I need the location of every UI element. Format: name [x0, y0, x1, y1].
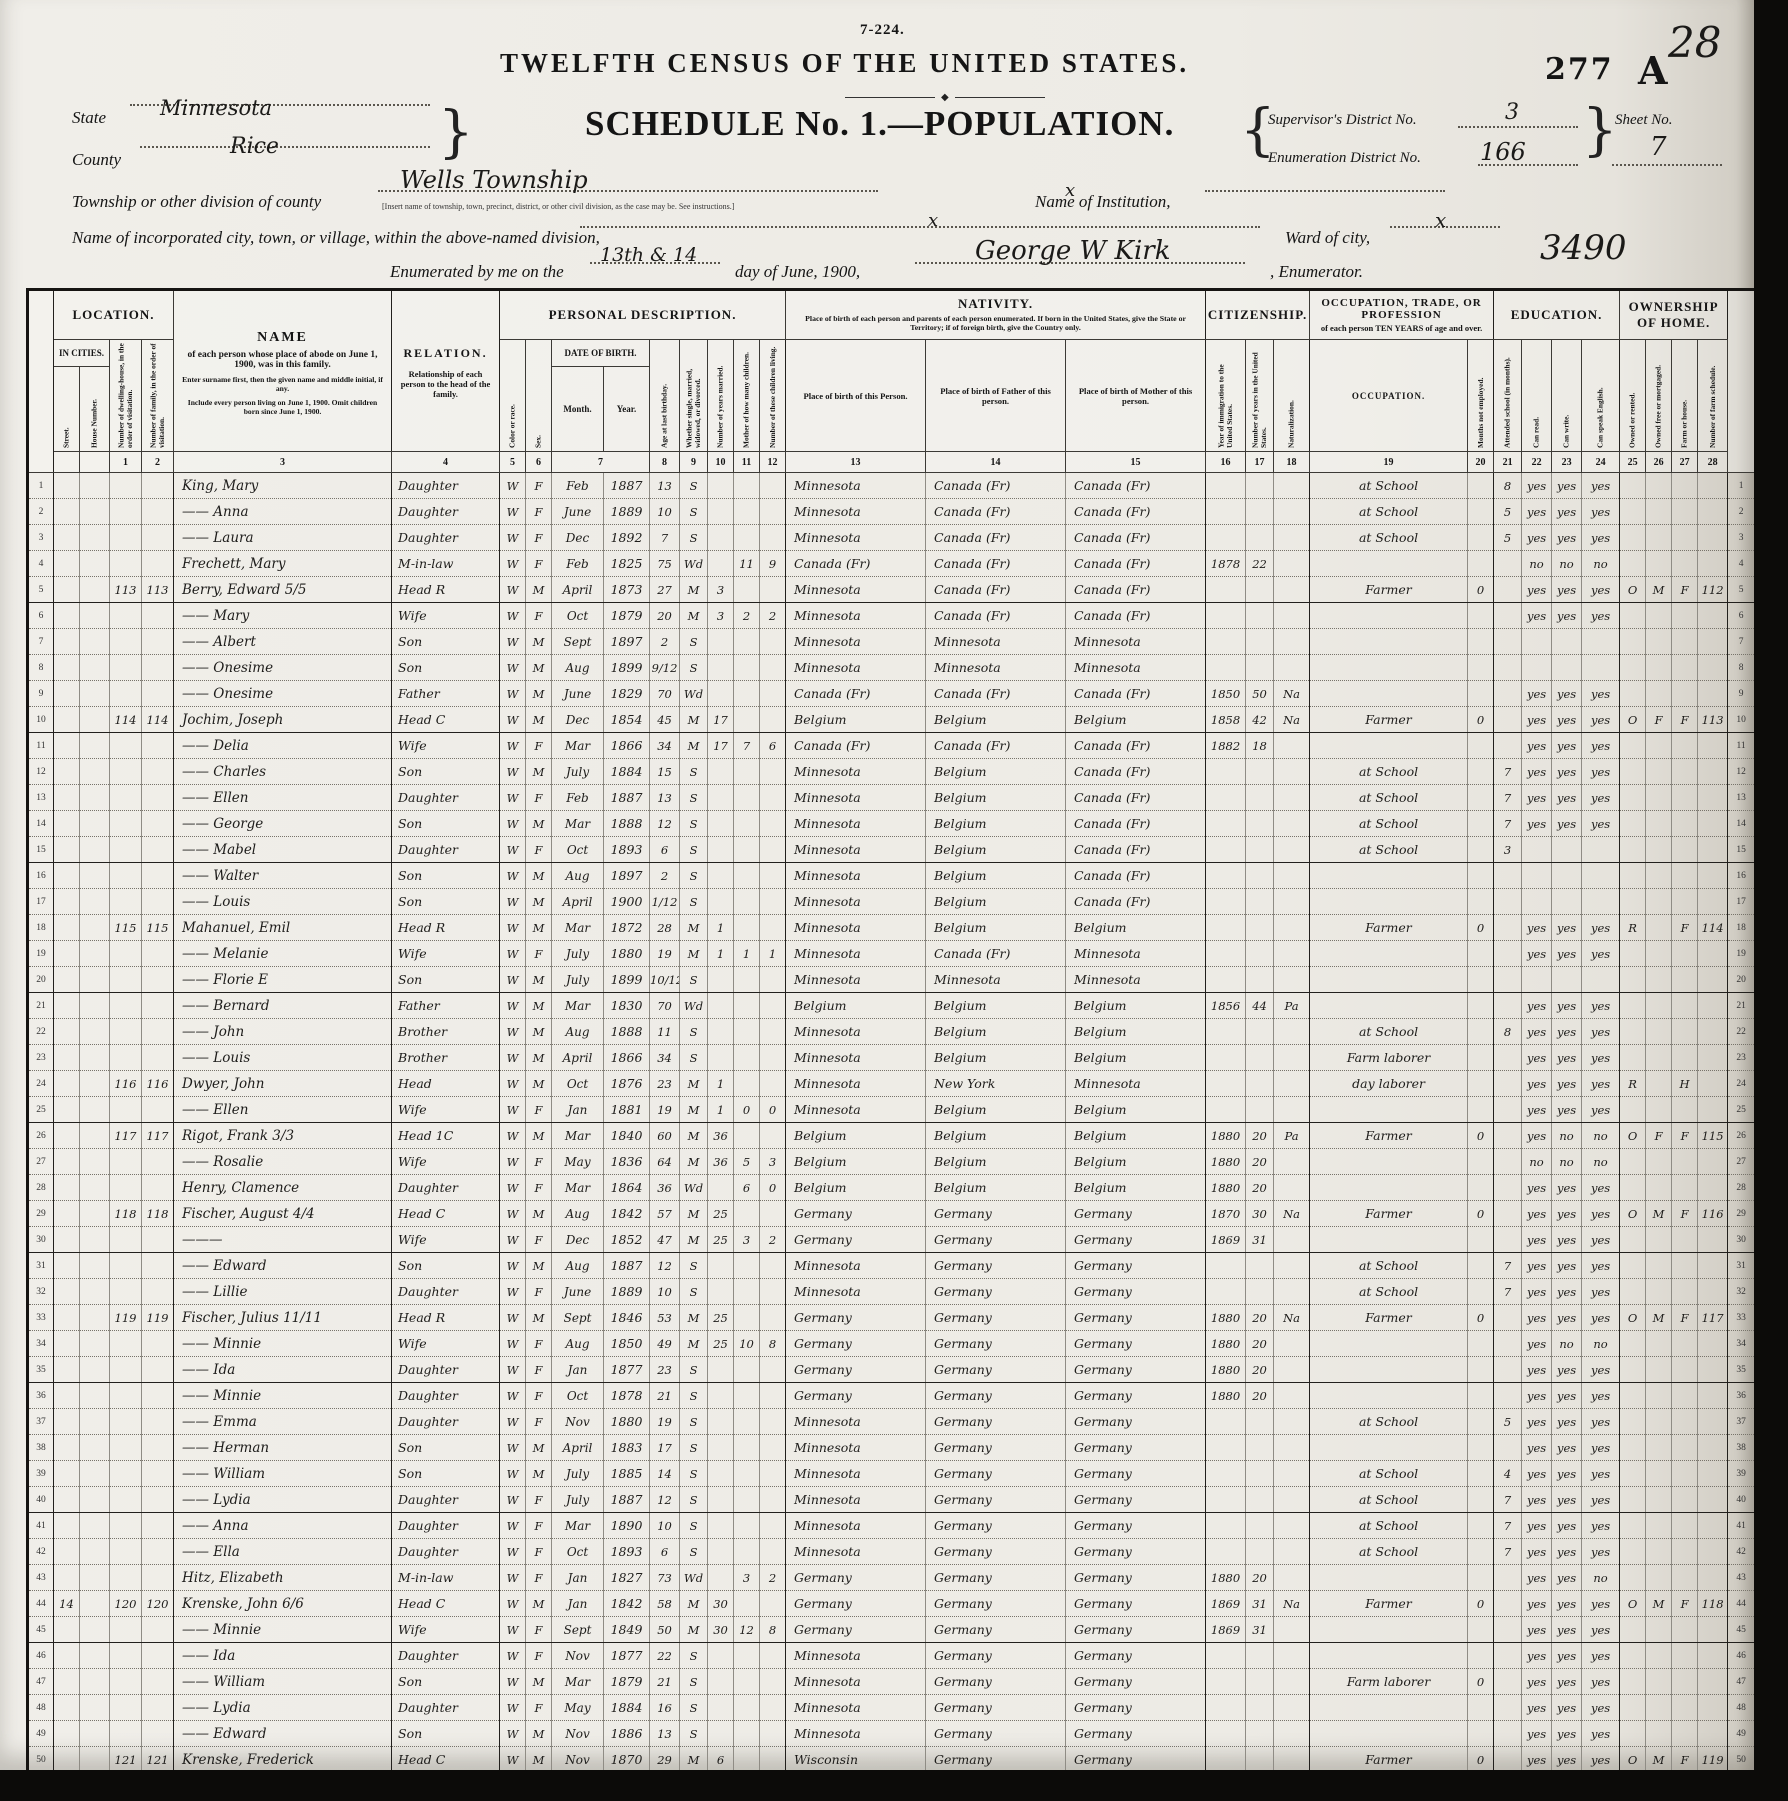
cell-sex: M	[526, 967, 552, 993]
cell-farm-house	[1672, 1643, 1698, 1669]
cell-birth-month: Oct	[552, 1383, 604, 1409]
column-number: 2	[142, 452, 174, 473]
cell-children-living	[760, 681, 786, 707]
cell-house-number	[80, 1253, 110, 1279]
cell-can-write: yes	[1552, 1409, 1582, 1435]
cell-can-speak-english	[1582, 655, 1620, 681]
cell-children-living: 0	[760, 1097, 786, 1123]
cell-dwelling-number	[110, 1435, 142, 1461]
line-number: 6	[1728, 603, 1756, 629]
cell-birthplace: Germany	[786, 1565, 926, 1591]
cell-birth-month: June	[552, 499, 604, 525]
cell-birthplace: Belgium	[786, 1149, 926, 1175]
cell-birth-month: Aug	[552, 1253, 604, 1279]
cell-family-number: 116	[142, 1071, 174, 1097]
cell-children-living	[760, 1409, 786, 1435]
cell-years-in-us: 30	[1246, 1201, 1274, 1227]
cell-street	[54, 1617, 80, 1643]
table-row: 15—— MabelDaughterWFOct18936SMinnesotaBe…	[28, 837, 1756, 863]
cell-birthplace: Germany	[786, 1331, 926, 1357]
cell-birth-year: 1887	[604, 473, 650, 499]
cell-months-not-employed	[1468, 1409, 1494, 1435]
cell-relation: Son	[392, 655, 500, 681]
table-row: 20—— Florie ESonWMJuly189910/12SMinnesot…	[28, 967, 1756, 993]
cell-relation: Head 1C	[392, 1123, 500, 1149]
line-number: 44	[1728, 1591, 1756, 1617]
cell-mother-birthplace: Belgium	[1066, 993, 1206, 1019]
cell-mother-birthplace: Canada (Fr)	[1066, 577, 1206, 603]
cell-name: —— John	[174, 1019, 392, 1045]
column-number: 19	[1310, 452, 1468, 473]
cell-mother-birthplace: Belgium	[1066, 1045, 1206, 1071]
cell-years-in-us: 20	[1246, 1357, 1274, 1383]
cell-mother-of-children	[734, 1045, 760, 1071]
cell-occupation	[1310, 733, 1468, 759]
line-number: 9	[1728, 681, 1756, 707]
cell-birth-month: Sept	[552, 1305, 604, 1331]
cell-name: —— Herman	[174, 1435, 392, 1461]
cell-farm-schedule	[1698, 1721, 1728, 1747]
cell-occupation	[1310, 629, 1468, 655]
cell-street	[54, 655, 80, 681]
cell-owned-rented	[1620, 1643, 1646, 1669]
cell-birth-year: 1873	[604, 577, 650, 603]
cell-farm-house	[1672, 629, 1698, 655]
cell-months-not-employed	[1468, 1513, 1494, 1539]
cell-mother-birthplace: Minnesota	[1066, 655, 1206, 681]
cell-owned-rented	[1620, 1435, 1646, 1461]
cell-farm-schedule	[1698, 525, 1728, 551]
cell-name: —— Minnie	[174, 1617, 392, 1643]
cell-occupation: Farmer	[1310, 707, 1468, 733]
cell-children-living	[760, 1071, 786, 1097]
cell-owned-rented	[1620, 941, 1646, 967]
cell-can-speak-english: yes	[1582, 1513, 1620, 1539]
cell-children-living	[760, 863, 786, 889]
cell-street	[54, 837, 80, 863]
cell-farm-schedule	[1698, 1149, 1728, 1175]
cell-school-months: 8	[1494, 1019, 1522, 1045]
cell-immigration-year: 1870	[1206, 1201, 1246, 1227]
cell-relation: Wife	[392, 1331, 500, 1357]
cell-birth-month: Dec	[552, 525, 604, 551]
cell-occupation	[1310, 1695, 1468, 1721]
cell-free-mortgaged	[1646, 889, 1672, 915]
cell-birth-month: Sept	[552, 1617, 604, 1643]
cell-years-in-us: 22	[1246, 551, 1274, 577]
cell-color-race: W	[500, 967, 526, 993]
cell-house-number	[80, 655, 110, 681]
cell-children-living	[760, 759, 786, 785]
cell-dwelling-number	[110, 603, 142, 629]
cell-immigration-year: 1869	[1206, 1591, 1246, 1617]
cell-owned-rented: R	[1620, 915, 1646, 941]
cell-age: 11	[650, 1019, 680, 1045]
cell-owned-rented	[1620, 1695, 1646, 1721]
cell-relation: Head R	[392, 1305, 500, 1331]
line-number: 17	[28, 889, 54, 915]
handwritten-corner-note: 28	[1668, 18, 1721, 67]
cell-naturalization	[1274, 1383, 1310, 1409]
cell-birth-year: 1877	[604, 1357, 650, 1383]
cell-birthplace: Germany	[786, 1617, 926, 1643]
cell-months-not-employed: 0	[1468, 915, 1494, 941]
cell-farm-house	[1672, 1409, 1698, 1435]
cell-dwelling-number	[110, 551, 142, 577]
cell-occupation	[1310, 603, 1468, 629]
cell-house-number	[80, 889, 110, 915]
cell-naturalization	[1274, 1227, 1310, 1253]
cell-school-months: 7	[1494, 1539, 1522, 1565]
cell-sex: F	[526, 733, 552, 759]
cell-family-number	[142, 1331, 174, 1357]
cell-years-married	[708, 889, 734, 915]
cell-can-speak-english: yes	[1582, 915, 1620, 941]
cell-can-read: yes	[1522, 759, 1552, 785]
cell-birth-month: Oct	[552, 603, 604, 629]
cell-age: 7	[650, 525, 680, 551]
township-label: Township or other division of county	[72, 192, 321, 212]
cell-birth-month: June	[552, 1279, 604, 1305]
cell-farm-house	[1672, 1617, 1698, 1643]
cell-children-living: 9	[760, 551, 786, 577]
cell-free-mortgaged	[1646, 1669, 1672, 1695]
cell-months-not-employed	[1468, 1539, 1494, 1565]
cell-school-months: 7	[1494, 1279, 1522, 1305]
cell-sex: F	[526, 1175, 552, 1201]
cell-owned-rented	[1620, 1565, 1646, 1591]
cell-age: 12	[650, 1487, 680, 1513]
cell-months-not-employed	[1468, 889, 1494, 915]
birthplace-father-header: Place of birth of Father of this person.	[926, 340, 1066, 452]
cell-children-living	[760, 1591, 786, 1617]
cell-school-months	[1494, 603, 1522, 629]
cell-birthplace: Canada (Fr)	[786, 733, 926, 759]
cell-name: —— Edward	[174, 1253, 392, 1279]
cell-immigration-year	[1206, 785, 1246, 811]
cell-family-number: 115	[142, 915, 174, 941]
line-number: 49	[1728, 1721, 1756, 1747]
owned-rented-header: Owned or rented.	[1620, 340, 1646, 452]
cell-farm-schedule	[1698, 655, 1728, 681]
cell-school-months: 7	[1494, 811, 1522, 837]
cell-name: —— Anna	[174, 1513, 392, 1539]
cell-farm-house	[1672, 785, 1698, 811]
cell-immigration-year	[1206, 603, 1246, 629]
cell-name: —— Mabel	[174, 837, 392, 863]
cell-free-mortgaged: F	[1646, 707, 1672, 733]
cell-years-in-us	[1246, 889, 1274, 915]
cell-can-read: no	[1522, 1149, 1552, 1175]
cell-color-race: W	[500, 1383, 526, 1409]
in-cities-header: IN CITIES.	[54, 340, 110, 367]
cell-mother-birthplace: Germany	[1066, 1331, 1206, 1357]
cell-birth-month: July	[552, 967, 604, 993]
cell-name: —— Lydia	[174, 1487, 392, 1513]
line-number: 41	[1728, 1513, 1756, 1539]
cell-months-not-employed	[1468, 967, 1494, 993]
cell-years-married: 25	[708, 1305, 734, 1331]
cell-family-number	[142, 1435, 174, 1461]
cell-relation: Son	[392, 889, 500, 915]
supervisor-district-value: 3	[1505, 100, 1519, 125]
cell-relation: Son	[392, 811, 500, 837]
line-number: 37	[1728, 1409, 1756, 1435]
cell-free-mortgaged	[1646, 1435, 1672, 1461]
line-number: 19	[28, 941, 54, 967]
birthplace-person-header: Place of birth of this Person.	[786, 340, 926, 452]
column-number: 5	[500, 452, 526, 473]
cell-years-in-us	[1246, 603, 1274, 629]
cell-owned-rented	[1620, 1539, 1646, 1565]
cell-can-read: yes	[1522, 1123, 1552, 1149]
cell-birth-year: 1879	[604, 1669, 650, 1695]
cell-years-married	[708, 1357, 734, 1383]
cell-sex: M	[526, 863, 552, 889]
cell-can-write: yes	[1552, 473, 1582, 499]
cell-birthplace: Germany	[786, 1591, 926, 1617]
cell-marital-status: S	[680, 1357, 708, 1383]
dwelling-number-header: Number of dwelling-house, in the order o…	[110, 340, 142, 452]
cell-owned-rented	[1620, 785, 1646, 811]
cell-relation: Wife	[392, 1227, 500, 1253]
cell-children-living	[760, 1305, 786, 1331]
cell-school-months	[1494, 1071, 1522, 1097]
cell-sex: F	[526, 1409, 552, 1435]
cell-relation: Daughter	[392, 473, 500, 499]
cell-years-in-us	[1246, 811, 1274, 837]
cell-school-months: 7	[1494, 1513, 1522, 1539]
cell-color-race: W	[500, 1201, 526, 1227]
cell-mother-of-children	[734, 1409, 760, 1435]
cell-school-months	[1494, 681, 1522, 707]
cell-street	[54, 603, 80, 629]
line-number: 32	[28, 1279, 54, 1305]
cell-street	[54, 785, 80, 811]
cell-color-race: W	[500, 1019, 526, 1045]
cell-color-race: W	[500, 863, 526, 889]
cell-house-number	[80, 837, 110, 863]
cell-free-mortgaged	[1646, 863, 1672, 889]
cell-father-birthplace: Germany	[926, 1669, 1066, 1695]
family-number-header: Number of family, in the order of visita…	[142, 340, 174, 452]
cell-sex: M	[526, 1461, 552, 1487]
cell-can-write: no	[1552, 551, 1582, 577]
cell-father-birthplace: Canada (Fr)	[926, 733, 1066, 759]
cell-birth-year: 1852	[604, 1227, 650, 1253]
table-row: 38—— HermanSonWMApril188317SMinnesotaGer…	[28, 1435, 1756, 1461]
cell-house-number	[80, 1643, 110, 1669]
cell-free-mortgaged	[1646, 1357, 1672, 1383]
line-number: 15	[28, 837, 54, 863]
cell-dwelling-number	[110, 733, 142, 759]
table-row: 30———WifeWFDec185247M2532GermanyGermanyG…	[28, 1227, 1756, 1253]
cell-immigration-year	[1206, 1409, 1246, 1435]
cell-sex: F	[526, 1539, 552, 1565]
cell-mother-of-children	[734, 1383, 760, 1409]
cell-months-not-employed: 0	[1468, 1305, 1494, 1331]
line-number: 3	[28, 525, 54, 551]
cell-children-living	[760, 1253, 786, 1279]
cell-relation: Wife	[392, 1097, 500, 1123]
cell-mother-of-children	[734, 759, 760, 785]
cell-father-birthplace: Canada (Fr)	[926, 551, 1066, 577]
cell-can-write: no	[1552, 1331, 1582, 1357]
cell-marital-status: S	[680, 1643, 708, 1669]
cell-years-in-us	[1246, 577, 1274, 603]
line-number: 37	[28, 1409, 54, 1435]
cell-free-mortgaged	[1646, 1175, 1672, 1201]
line-number: 34	[1728, 1331, 1756, 1357]
cell-naturalization	[1274, 1513, 1310, 1539]
cell-sex: M	[526, 1019, 552, 1045]
table-row: 43Hitz, ElizabethM-in-lawWFJan182773Wd32…	[28, 1565, 1756, 1591]
cell-immigration-year: 1880	[1206, 1383, 1246, 1409]
years-in-us-header: Number of years in the United States.	[1246, 340, 1274, 452]
cell-children-living: 2	[760, 1227, 786, 1253]
cell-color-race: W	[500, 1305, 526, 1331]
line-number: 41	[28, 1513, 54, 1539]
cell-birthplace: Minnesota	[786, 941, 926, 967]
cell-can-speak-english: yes	[1582, 1357, 1620, 1383]
cell-age: 12	[650, 811, 680, 837]
cell-birthplace: Minnesota	[786, 785, 926, 811]
cell-farm-house	[1672, 499, 1698, 525]
cell-school-months	[1494, 1435, 1522, 1461]
table-row: 25—— EllenWifeWFJan188119M100MinnesotaBe…	[28, 1097, 1756, 1123]
cell-can-speak-english: yes	[1582, 1253, 1620, 1279]
cell-relation: Wife	[392, 1149, 500, 1175]
cell-name: Jochim, Joseph	[174, 707, 392, 733]
cell-birth-month: April	[552, 889, 604, 915]
cell-free-mortgaged	[1646, 785, 1672, 811]
cell-relation: Wife	[392, 941, 500, 967]
column-number: 26	[1646, 452, 1672, 473]
cell-children-living: 2	[760, 1565, 786, 1591]
cell-can-write: yes	[1552, 1513, 1582, 1539]
cell-relation: Brother	[392, 1019, 500, 1045]
cell-marital-status: S	[680, 1721, 708, 1747]
cell-birth-month: May	[552, 1149, 604, 1175]
cell-house-number	[80, 941, 110, 967]
cell-immigration-year: 1880	[1206, 1331, 1246, 1357]
cell-occupation	[1310, 941, 1468, 967]
cell-family-number	[142, 1617, 174, 1643]
cell-can-speak-english: yes	[1582, 1409, 1620, 1435]
cell-mother-of-children	[734, 1019, 760, 1045]
cell-owned-rented	[1620, 1045, 1646, 1071]
cell-color-race: W	[500, 1591, 526, 1617]
cell-farm-house	[1672, 811, 1698, 837]
cell-can-read: yes	[1522, 993, 1552, 1019]
cell-years-married: 25	[708, 1201, 734, 1227]
cell-relation: Son	[392, 759, 500, 785]
cell-mother-birthplace: Germany	[1066, 1487, 1206, 1513]
cell-relation: Head C	[392, 1201, 500, 1227]
cell-relation: Brother	[392, 1045, 500, 1071]
cell-father-birthplace: Belgium	[926, 1097, 1066, 1123]
cell-marital-status: M	[680, 1201, 708, 1227]
cell-immigration-year: 1856	[1206, 993, 1246, 1019]
cell-dwelling-number	[110, 1383, 142, 1409]
cell-family-number	[142, 1409, 174, 1435]
cell-mother-birthplace: Germany	[1066, 1513, 1206, 1539]
cell-immigration-year: 1869	[1206, 1227, 1246, 1253]
cell-can-read: yes	[1522, 603, 1552, 629]
cell-school-months	[1494, 1331, 1522, 1357]
cell-can-speak-english: no	[1582, 1123, 1620, 1149]
cell-father-birthplace: Belgium	[926, 811, 1066, 837]
cell-immigration-year	[1206, 1643, 1246, 1669]
cell-birthplace: Minnesota	[786, 1513, 926, 1539]
cell-birth-year: 1886	[604, 1721, 650, 1747]
line-number: 47	[28, 1669, 54, 1695]
cell-occupation	[1310, 1357, 1468, 1383]
cell-street	[54, 1539, 80, 1565]
cell-dwelling-number	[110, 1175, 142, 1201]
cell-color-race: W	[500, 1695, 526, 1721]
cell-birthplace: Minnesota	[786, 1721, 926, 1747]
cell-name: Krenske, John 6/6	[174, 1591, 392, 1617]
cell-relation: Daughter	[392, 1643, 500, 1669]
cell-relation: Daughter	[392, 837, 500, 863]
cell-birthplace: Belgium	[786, 707, 926, 733]
cell-owned-rented	[1620, 1461, 1646, 1487]
cell-mother-birthplace: Germany	[1066, 1565, 1206, 1591]
cell-street: 14	[54, 1591, 80, 1617]
cell-birth-year: 1846	[604, 1305, 650, 1331]
cell-birthplace: Germany	[786, 1357, 926, 1383]
cell-birth-month: June	[552, 681, 604, 707]
cell-marital-status: S	[680, 1695, 708, 1721]
cell-can-speak-english: yes	[1582, 1175, 1620, 1201]
cell-family-number	[142, 941, 174, 967]
cell-family-number	[142, 1487, 174, 1513]
cell-school-months: 8	[1494, 473, 1522, 499]
line-number: 14	[1728, 811, 1756, 837]
cell-occupation	[1310, 1149, 1468, 1175]
cell-can-speak-english: yes	[1582, 1721, 1620, 1747]
cell-farm-schedule	[1698, 863, 1728, 889]
cell-owned-rented	[1620, 1721, 1646, 1747]
cell-sex: M	[526, 1123, 552, 1149]
cell-months-not-employed	[1468, 1253, 1494, 1279]
cell-months-not-employed	[1468, 603, 1494, 629]
cell-color-race: W	[500, 629, 526, 655]
cell-farm-schedule	[1698, 1461, 1728, 1487]
cell-birth-year: 1830	[604, 993, 650, 1019]
cell-family-number	[142, 473, 174, 499]
cell-father-birthplace: Germany	[926, 1461, 1066, 1487]
line-number: 39	[1728, 1461, 1756, 1487]
cell-children-living	[760, 785, 786, 811]
cell-children-living	[760, 1721, 786, 1747]
cell-can-read: yes	[1522, 1097, 1552, 1123]
cell-family-number: 120	[142, 1591, 174, 1617]
cell-owned-rented	[1620, 1669, 1646, 1695]
cell-immigration-year	[1206, 1279, 1246, 1305]
cell-sex: M	[526, 1435, 552, 1461]
cell-street	[54, 1643, 80, 1669]
line-number: 49	[28, 1721, 54, 1747]
cell-father-birthplace: Germany	[926, 1565, 1066, 1591]
cell-father-birthplace: Canada (Fr)	[926, 941, 1066, 967]
cell-years-in-us	[1246, 499, 1274, 525]
cell-age: 13	[650, 1721, 680, 1747]
cell-house-number	[80, 1045, 110, 1071]
cell-immigration-year: 1880	[1206, 1149, 1246, 1175]
cell-farm-schedule	[1698, 1045, 1728, 1071]
